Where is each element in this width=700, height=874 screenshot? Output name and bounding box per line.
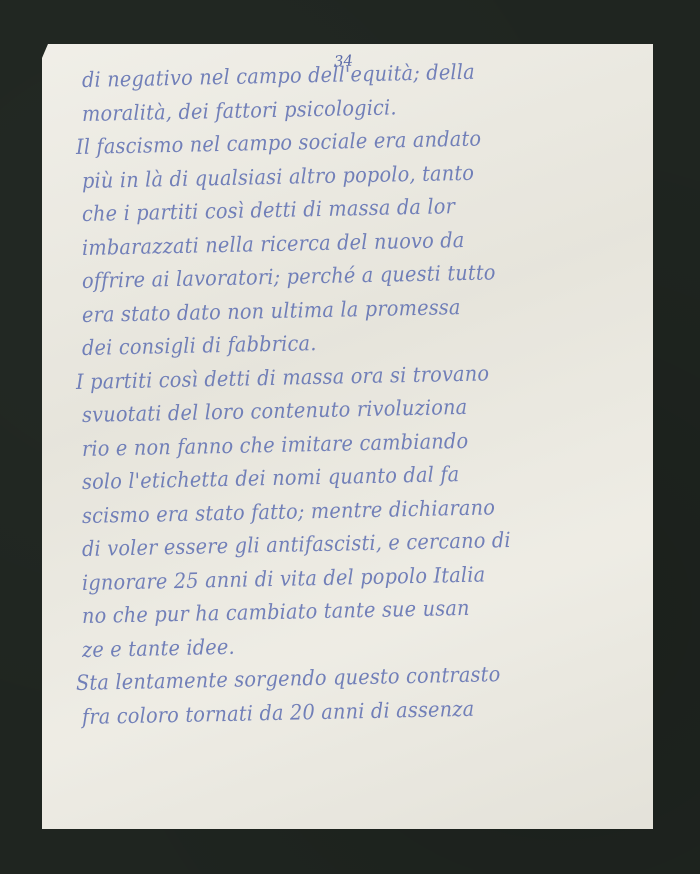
handwritten-text-block: di negativo nel campo dell'equità; della…	[82, 64, 657, 734]
handwritten-page: 34 di negativo nel campo dell'equità; de…	[42, 44, 653, 829]
